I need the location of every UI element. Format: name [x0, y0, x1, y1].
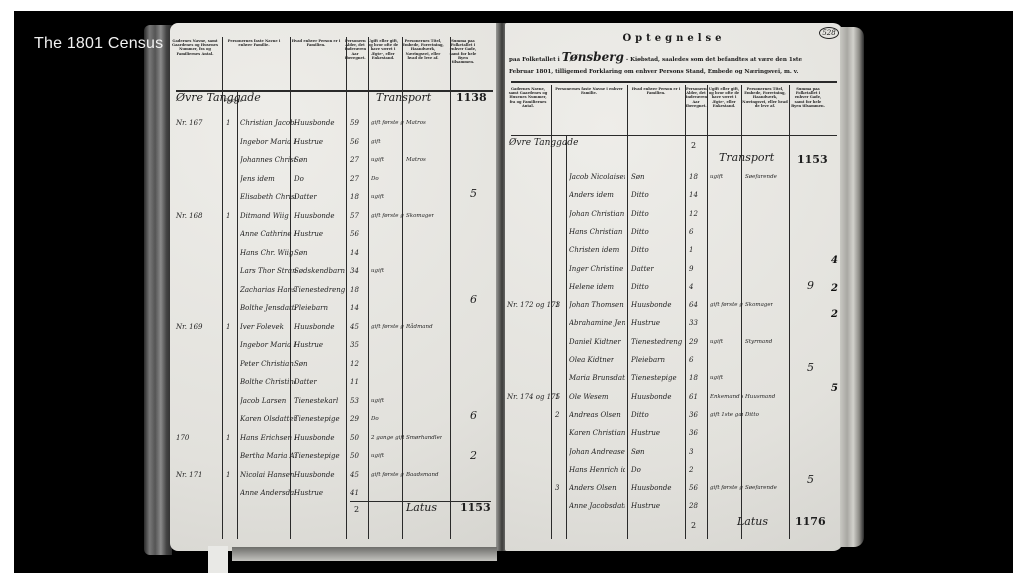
family-role: Huusbonde: [294, 323, 335, 332]
age: 56: [350, 138, 359, 147]
person-name: Christen idem: [569, 246, 619, 255]
occupation: Matros: [406, 156, 426, 165]
person-name: Bolthe Jensdatter: [240, 304, 296, 313]
occupation: Rådmand: [406, 323, 433, 332]
family-number: 1: [555, 393, 559, 402]
occupation: Baadsmand: [406, 471, 439, 480]
bookmark-slip: [208, 546, 228, 573]
carry-count: 2: [691, 141, 696, 150]
age: 57: [350, 212, 359, 221]
person-name: Iver Folevek: [240, 323, 284, 332]
family-role: Hustrue: [294, 230, 323, 239]
family-role: Hustrue: [631, 502, 660, 511]
town-name: Tønsberg: [562, 50, 624, 64]
family-role: Pleiebarn: [631, 356, 665, 365]
family-role: Søn: [294, 156, 308, 165]
person-name: Johan Christian idem: [569, 210, 625, 219]
age: 36: [689, 429, 698, 438]
family-role: Huusbonde: [631, 301, 672, 310]
person-name: Ingebor Maria Hansdatter: [240, 138, 296, 147]
age: 61: [689, 393, 698, 402]
family-number: 3: [555, 484, 559, 493]
subtotal: 5: [807, 363, 814, 372]
age: 18: [350, 286, 359, 295]
marital-status: gift første gang: [371, 471, 404, 480]
marital-status: gift første gang: [371, 323, 404, 332]
family-role: Huusbonde: [631, 484, 672, 493]
family-role: Sødskendbarn: [294, 267, 345, 276]
col-divider: [566, 135, 567, 539]
marital-status: 2 gange gift: [371, 434, 404, 443]
col-head-age: Personernes Alder, det indeværende Aar i…: [344, 37, 366, 89]
age: 41: [350, 489, 359, 498]
age: 12: [350, 360, 359, 369]
age: 33: [689, 319, 698, 328]
family-role: Tienestedreng: [294, 286, 345, 295]
col-divider: [685, 85, 686, 539]
age: 9: [689, 265, 693, 274]
family-role: Tienestekarl: [294, 397, 338, 406]
person-name: Ingebor Maria Hedemark: [240, 341, 296, 350]
subtotal: 5: [470, 189, 477, 198]
person-name: Ole Wesem: [569, 393, 608, 402]
family-role: Datter: [631, 265, 654, 274]
image-viewer: The 1801 Census Gadernes Navne, samt Gaa…: [14, 11, 1013, 573]
col-head-occupation: Personernes Titel, Embede, Forretning, H…: [741, 85, 789, 131]
age: 4: [689, 283, 693, 292]
age: 34: [350, 267, 359, 276]
age: 35: [350, 341, 359, 350]
person-name: Jacob Larsen: [240, 397, 286, 406]
family-role: Hustrue: [294, 489, 323, 498]
person-name: Inger Christine Kruge: [569, 265, 625, 274]
col-divider: [627, 85, 628, 539]
person-name: Lars Thor Strand: [240, 267, 296, 276]
person-name: Johan Andreasen: [569, 448, 625, 457]
family-role: Do: [631, 466, 641, 475]
page-title: Optegnelse: [505, 33, 843, 44]
page-bottom-edge: [232, 547, 497, 561]
family-role: Søn: [631, 448, 645, 457]
col-divider: [551, 85, 552, 539]
subtotal: 9: [807, 281, 814, 290]
person-name: Johannes Christiansen: [240, 156, 296, 165]
age: 18: [689, 374, 698, 383]
age: 27: [350, 175, 359, 184]
family-number: 1: [226, 434, 230, 443]
person-name: Hans Chr. Wiig: [240, 249, 294, 258]
person-name: Jacob Nicolaisen: [569, 173, 625, 182]
person-name: Hans Henrich idem: [569, 466, 625, 475]
age: 64: [689, 301, 698, 310]
title-line1-suffix: - Kiøbstad, saaledes som det befandtes a…: [626, 57, 802, 63]
age: 56: [350, 230, 359, 239]
occupation: Søefarende: [745, 484, 777, 493]
marital-status: Do: [371, 175, 379, 184]
occupation: Matros: [406, 119, 426, 128]
family-role: Ditto: [631, 411, 649, 420]
family-role: Huusbonde: [294, 212, 335, 221]
age: 53: [350, 397, 359, 406]
subtotal: 6: [470, 295, 477, 304]
house-number: Nr. 174 og 175: [507, 393, 560, 402]
col-divider: [450, 37, 451, 539]
family-role: Ditto: [631, 246, 649, 255]
marital-status: gift første gang: [371, 212, 404, 221]
house-number: Nr. 171: [176, 471, 203, 480]
subtotal: 2: [470, 451, 477, 460]
person-name: Christian Jacobsen Braatrød: [240, 119, 296, 128]
house-number: 170: [176, 434, 189, 443]
person-name: Maria Brunsdatter: [569, 374, 625, 383]
margin-note: 5: [831, 383, 838, 394]
col-head-name: Personernes faste Navne i enhver Familie…: [551, 85, 627, 131]
family-number: 1: [226, 323, 230, 332]
age: 29: [689, 338, 698, 347]
family-role: Hustrue: [631, 319, 660, 328]
occupation: Ditto: [745, 411, 759, 420]
transport-value: 1153: [797, 155, 828, 164]
family-role: Tienestepige: [631, 374, 677, 383]
age: 18: [689, 173, 698, 182]
person-name: Anne Cathrine Kruge: [240, 230, 296, 239]
col-head-occupation: Personernes Titel, Embede, Forretning, H…: [400, 37, 446, 89]
person-name: Abrahamine Jensdatter: [569, 319, 625, 328]
age: 6: [689, 228, 693, 237]
viewer-title: The 1801 Census: [34, 35, 163, 53]
margin-note: 4: [831, 255, 838, 266]
census-book-scan: Gadernes Navne, samt Gaardenes og Husene…: [144, 19, 864, 564]
title-rule: [511, 81, 837, 83]
age: 18: [350, 193, 359, 202]
age: 12: [689, 210, 698, 219]
family-role: Hustrue: [631, 429, 660, 438]
col-head-role: Hvad enhver Person er i Familien.: [627, 85, 685, 131]
occupation: Smørhandler: [406, 434, 442, 443]
age: 14: [350, 304, 359, 313]
person-name: Peter Christian Folevek: [240, 360, 296, 369]
occupation: Styrmand: [745, 338, 772, 347]
col-divider: [789, 85, 790, 539]
person-name: Andreas Olsen: [569, 411, 621, 420]
col-divider: [402, 37, 403, 539]
marital-status: ugift: [371, 156, 384, 165]
family-role: Pleiebarn: [294, 304, 328, 313]
family-role: Søn: [294, 249, 308, 258]
marital-status: gift første gang: [710, 301, 743, 310]
col-head-street: Gadernes Navne, samt Gaardenes og Husene…: [170, 37, 220, 89]
family-number: 1: [226, 212, 230, 221]
age: 11: [350, 378, 359, 387]
person-name: Ditmand Wiig: [240, 212, 289, 221]
margin-note: 2: [831, 283, 838, 294]
title-line1-prefix: paa Folketallet i: [509, 57, 560, 63]
marital-status: ugift: [371, 267, 384, 276]
person-name: Helene idem: [569, 283, 614, 292]
age: 14: [689, 191, 698, 200]
age: 45: [350, 471, 359, 480]
age: 6: [689, 356, 693, 365]
person-name: Anders idem: [569, 191, 614, 200]
marital-status: gift første gang: [371, 119, 404, 128]
street-sub: Familie: [224, 97, 243, 106]
marital-status: Do: [371, 415, 379, 424]
footer-count: 2: [691, 521, 696, 530]
family-role: Ditto: [631, 191, 649, 200]
family-number: 1: [226, 471, 230, 480]
right-page: 528 Optegnelse paa Folketallet i Tønsber…: [505, 23, 843, 551]
family-role: Tienestepige: [294, 452, 340, 461]
person-name: Bolthe Christine Folevek: [240, 378, 296, 387]
marital-status: gift første gang: [710, 484, 743, 493]
age: 1: [689, 246, 693, 255]
col-divider: [346, 37, 347, 539]
col-divider: [237, 91, 238, 539]
family-number: 1: [555, 301, 559, 310]
subtotal: 6: [470, 411, 477, 420]
col-head-summa: Summa paa Folketallet i enhver Gade, sam…: [789, 85, 827, 131]
family-role: Hustrue: [294, 138, 323, 147]
subtotal: 5: [807, 475, 814, 484]
family-role: Do: [294, 175, 304, 184]
marital-status: Enkemand efter 1ste ægteskab: [710, 393, 743, 402]
footer-count: 2: [354, 505, 359, 514]
age: 36: [689, 411, 698, 420]
age: 50: [350, 452, 359, 461]
occupation: Huusmand: [745, 393, 775, 402]
col-divider: [222, 37, 223, 539]
age: 56: [689, 484, 698, 493]
col-divider: [707, 85, 708, 539]
age: 45: [350, 323, 359, 332]
family-role: Tienestedreng: [631, 338, 682, 347]
person-name: Hans Erichsen Berg: [240, 434, 296, 443]
street-name: Øvre Tanggade: [509, 139, 578, 148]
age: 14: [350, 249, 359, 258]
marital-status: ugift: [371, 397, 384, 406]
house-number: Nr. 172 og 173: [507, 301, 560, 310]
person-name: Daniel Kidtner: [569, 338, 621, 347]
family-role: Søn: [631, 173, 645, 182]
family-role: Ditto: [631, 228, 649, 237]
family-role: Huusbonde: [294, 434, 335, 443]
age: 27: [350, 156, 359, 165]
family-role: Datter: [294, 193, 317, 202]
book-fore-edge: [840, 27, 864, 547]
family-number: 1: [226, 119, 230, 128]
col-head-role: Hvad enhver Person er i Familien.: [288, 37, 344, 89]
person-name: Anne Andersdatter: [240, 489, 296, 498]
family-role: Søn: [294, 360, 308, 369]
family-role: Tienestepige: [294, 415, 340, 424]
marital-status: ugift: [710, 338, 723, 347]
occupation: Skomager: [745, 301, 773, 310]
person-name: Anne Jacobsdatter: [569, 502, 625, 511]
book-spine: [144, 25, 172, 555]
marital-status: ugift: [371, 452, 384, 461]
street-name: Øvre Tanggade: [176, 93, 261, 102]
footer-label: Latus: [737, 517, 768, 526]
house-number: Nr. 169: [176, 323, 203, 332]
person-name: Olea Kidtner: [569, 356, 614, 365]
age: 59: [350, 119, 359, 128]
title-line2: Februar 1801, tilligemed Forklaring om e…: [509, 69, 839, 75]
footer-total: 1176: [795, 517, 826, 526]
family-number: 2: [555, 411, 559, 420]
family-role: Datter: [294, 378, 317, 387]
occupation: Søefarende: [745, 173, 777, 182]
person-name: Bertha Maria Andersdatter: [240, 452, 296, 461]
house-number: Nr. 167: [176, 119, 203, 128]
col-head-street: Gadernes Navne, samt Gaardenes og Husene…: [505, 85, 551, 131]
person-name: Zacharias Hansen: [240, 286, 296, 295]
transport-label: Transport: [376, 93, 431, 102]
marital-status: ugift: [710, 374, 723, 383]
col-head-status: Ugift eller gift, og hvor ofte de have v…: [366, 37, 400, 89]
person-name: Nicolai Hansen Kruge: [240, 471, 296, 480]
family-role: Hustrue: [294, 341, 323, 350]
family-role: Ditto: [631, 283, 649, 292]
family-role: Huusbonde: [294, 471, 335, 480]
footer-label: Latus: [406, 503, 437, 512]
col-divider: [368, 37, 369, 539]
occupation: Skomager: [406, 212, 434, 221]
family-role: Ditto: [631, 210, 649, 219]
col-head-summa: Summa paa Folketallet i enhver Gade, sam…: [446, 37, 480, 89]
age: 28: [689, 502, 698, 511]
house-number: Nr. 168: [176, 212, 203, 221]
transport-value: 1138: [456, 93, 487, 102]
margin-note: 2: [831, 309, 838, 320]
footer-total: 1153: [460, 503, 491, 512]
person-name: Anders Olsen: [569, 484, 617, 493]
marital-status: ugift: [371, 193, 384, 202]
marital-status: gift: [371, 138, 381, 147]
left-page: Gadernes Navne, samt Gaardenes og Husene…: [170, 23, 499, 551]
person-name: Jens idem: [240, 175, 275, 184]
person-name: Johan Thomsen: [569, 301, 624, 310]
family-role: Huusbonde: [631, 393, 672, 402]
col-head-age: Personernes Alder, det indeværende Aar i…: [685, 85, 707, 131]
transport-label: Transport: [719, 153, 774, 162]
age: 50: [350, 434, 359, 443]
family-role: Huusbonde: [294, 119, 335, 128]
marital-status: gift 1ste gang: [710, 411, 743, 420]
col-head-status: Ugift eller gift, og hvor ofte de have v…: [707, 85, 741, 131]
person-name: Karen Christiansdatter: [569, 429, 625, 438]
col-head-name: Personernes faste Navne i enhver Familie…: [220, 37, 288, 89]
person-name: Hans Christian idem: [569, 228, 625, 237]
marital-status: ugift: [710, 173, 723, 182]
age: 2: [689, 466, 693, 475]
age: 29: [350, 415, 359, 424]
person-name: Elisabeth Christiansdatter: [240, 193, 296, 202]
age: 3: [689, 448, 693, 457]
person-name: Karen Olsdatter: [240, 415, 296, 424]
